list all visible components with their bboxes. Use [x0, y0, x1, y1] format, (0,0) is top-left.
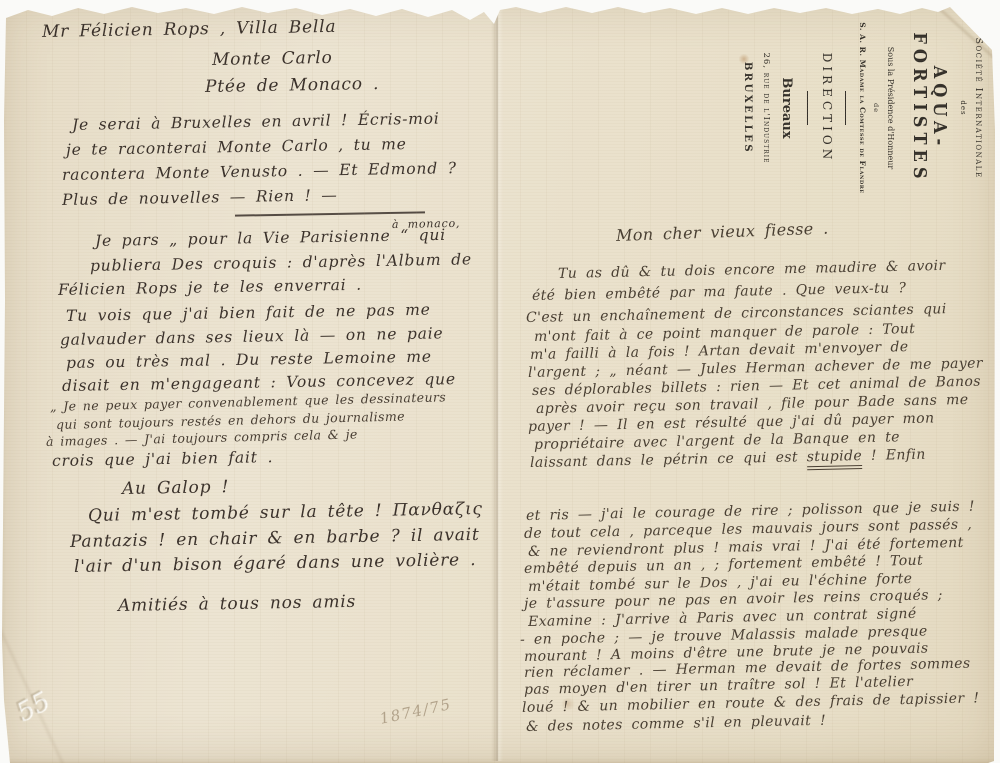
letterhead-de: de: [872, 8, 879, 208]
letter-line: Au Galop !: [122, 477, 229, 499]
letter-line: Félicien Rops je te les enverrai .: [58, 276, 362, 299]
letter-sheet: Mr Félicien Rops , Villa Bella Monte Car…: [0, 0, 1000, 763]
letterhead-rule: [807, 91, 808, 125]
letterhead-patronage: Sous la Présidence d'Honneur: [885, 8, 894, 208]
letterhead-society: Société Internationale: [973, 8, 983, 208]
letter-line: Je pars „ pour la Vie Parisienne “ qui: [95, 226, 446, 250]
letterhead-bureaux: Bureaux: [779, 8, 793, 208]
printed-letterhead: Société Internationale des AQUA-FORTISTE…: [722, 8, 987, 208]
salutation: Mon cher vieux fiesse .: [616, 219, 829, 245]
line-text: ! Enfin: [862, 447, 926, 464]
letterhead-des: des: [958, 8, 966, 208]
line-text: laissant dans le pétrin ce qui est: [530, 449, 807, 471]
letterhead-city: BRUXELLES: [742, 8, 753, 208]
letter-line: Je serai à Bruxelles en avril ! Écris-mo…: [72, 110, 440, 134]
embossed-stamp: 55: [11, 686, 54, 728]
pencil-date-annotation: 1874/75: [378, 695, 453, 728]
letter-line: Qui m'est tombé sur la tête ! Πανθαζις: [88, 499, 483, 526]
center-fold-crease: [491, 6, 503, 761]
letterhead-rule: [845, 91, 846, 125]
letter-line: Tu as dû & tu dois encore me maudire & a…: [558, 258, 946, 282]
letterhead-title: AQUA-FORTISTES: [909, 8, 949, 208]
letterhead-direction: DIRECTION: [820, 8, 833, 208]
letter-line: Plus de nouvelles — Rien ! —: [62, 186, 338, 209]
letter-line: pas ou très mal . Du reste Lemoine me: [66, 348, 432, 372]
address-line: Monte Carlo: [212, 48, 333, 70]
address-line: Mr Félicien Rops , Villa Bella: [42, 17, 337, 42]
letter-line: Pantazis ! en chair & en barbe ? il avai…: [70, 525, 480, 552]
scanned-letter: Mr Félicien Rops , Villa Bella Monte Car…: [0, 0, 1000, 763]
letterhead-block: Société Internationale des AQUA-FORTISTE…: [722, 8, 987, 208]
letterhead-street: 26, rue de l'Industrie: [760, 8, 769, 208]
letter-line: été bien embêté par ma faute . Que veux-…: [532, 280, 907, 304]
letter-line: publiera Des croquis : d'après l'Album d…: [90, 250, 472, 275]
letter-line: galvauder dans ses lieux là — on ne paie: [60, 324, 444, 349]
letter-line: Tu vois que j'ai bien fait de ne pas me: [66, 301, 431, 325]
letter-line: l'air d'un bison égaré dans une volière …: [74, 550, 477, 577]
letter-line: & des notes comme s'il en pleuvait !: [526, 713, 826, 735]
closing-line: Amitiés à tous nos amis: [118, 592, 356, 616]
address-line: Ptée de Monaco .: [205, 74, 380, 97]
letterhead-patroness: S. A. R. Madame la Comtesse de Flandre: [858, 8, 866, 208]
letter-line: crois que j'ai bien fait .: [52, 448, 274, 470]
underlined-word: stupide: [807, 448, 863, 470]
handwritten-separator: [235, 211, 425, 216]
letter-line: je te raconterai Monte Carlo , tu me: [66, 135, 407, 159]
letter-line: racontera Monte Venusto . — Et Edmond ?: [62, 159, 457, 184]
